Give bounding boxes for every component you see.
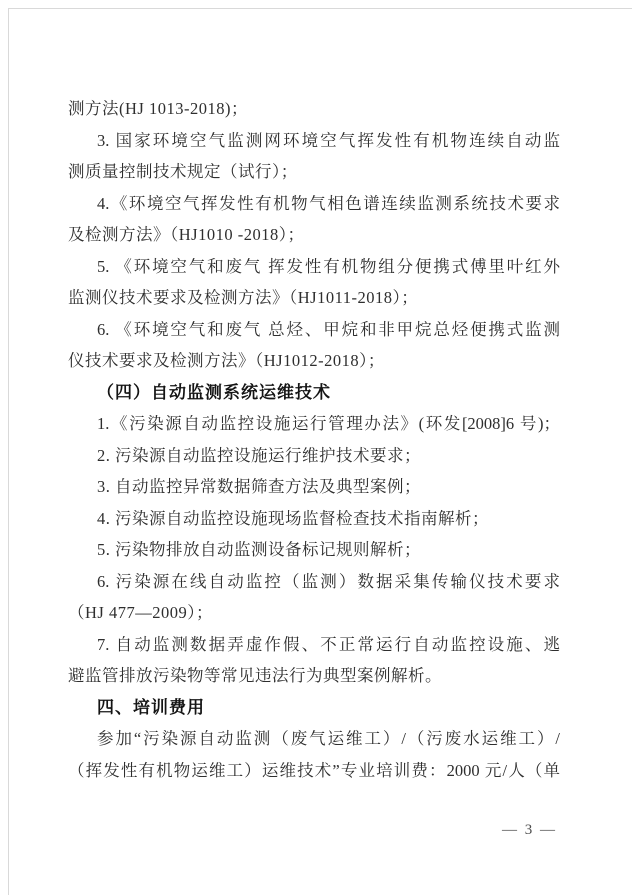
text-line: 4. 污染源自动监控设施现场监督检查技术指南解析； [68, 503, 560, 535]
text-line: （挥发性有机物运维工）运维技术”专业培训费：2000 元/人（单 [68, 755, 560, 787]
text-line: 仪技术要求及检测方法》（HJ1012-2018）； [68, 345, 560, 377]
text-line: 参加“污染源自动监测（废气运维工）/（污废水运维工）/ [68, 723, 560, 755]
text-line: 3. 自动监控异常数据筛查方法及典型案例； [68, 471, 560, 503]
section-heading-training-fees: 四、培训费用 [68, 692, 560, 724]
text-line: 4.《环境空气挥发性有机物气相色谱连续监测系统技术要求 [68, 188, 560, 220]
text-line: 5. 污染物排放自动监测设备标记规则解析； [68, 534, 560, 566]
text-line: 6. 《环境空气和废气 总烃、甲烷和非甲烷总烃便携式监测 [68, 314, 560, 346]
text-line: 7. 自动监测数据弄虚作假、不正常运行自动监控设施、逃 [68, 629, 560, 661]
text-line: 3. 国家环境空气监测网环境空气挥发性有机物连续自动监 [68, 125, 560, 157]
text-line: 及检测方法》（HJ1010 -2018）； [68, 219, 560, 251]
document-page: 测方法(HJ 1013-2018)； 3. 国家环境空气监测网环境空气挥发性有机… [0, 0, 632, 895]
text-line: 避监管排放污染物等常见违法行为典型案例解析。 [68, 660, 560, 692]
text-line: 2. 污染源自动监控设施运行维护技术要求； [68, 440, 560, 472]
document-body: 测方法(HJ 1013-2018)； 3. 国家环境空气监测网环境空气挥发性有机… [68, 93, 560, 786]
text-line: 6. 污染源在线自动监控（监测）数据采集传输仪技术要求 [68, 566, 560, 598]
text-line: （HJ 477—2009）； [68, 597, 560, 629]
text-line: 5. 《环境空气和废气 挥发性有机物组分便携式傅里叶红外 [68, 251, 560, 283]
text-line: 测质量控制技术规定（试行）； [68, 156, 560, 188]
text-line: 1.《污染源自动监控设施运行管理办法》(环发[2008]6 号)； [68, 408, 560, 440]
section-heading-auto-monitoring: （四）自动监测系统运维技术 [68, 377, 560, 409]
text-line: 测方法(HJ 1013-2018)； [68, 93, 560, 125]
page-number: — 3 — [502, 822, 557, 838]
text-line: 监测仪技术要求及检测方法》（HJ1011-2018）； [68, 282, 560, 314]
